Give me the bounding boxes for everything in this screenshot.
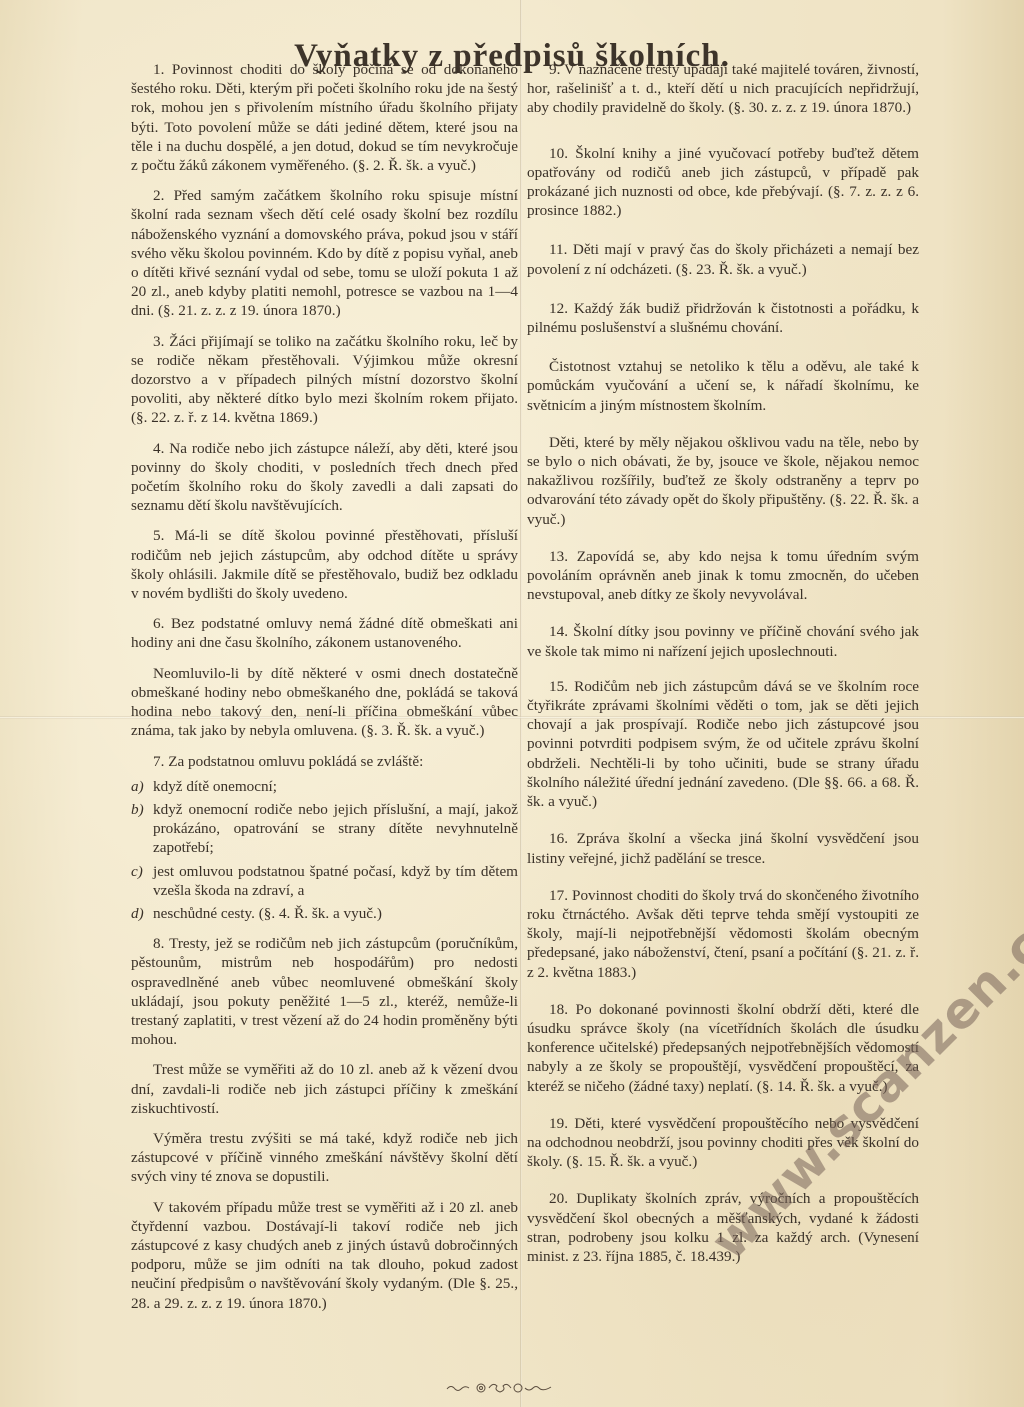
rule-12-deti: Děti, které by měly nějakou ošklivou vad… [527, 433, 919, 529]
rule-7-item-b: b) když onemocní rodiče nebo jejich přís… [131, 800, 518, 858]
rule-9: 9. V naznačené tresty upadají také majit… [527, 60, 919, 118]
rule-6-continuation: Neomluvilo-li by dítě některé v osmi dne… [131, 664, 518, 741]
item-label: a) [131, 777, 153, 796]
item-text: jest omluvou podstatnou špatné počasí, k… [153, 862, 518, 900]
rule-10: 10. Školní knihy a jiné vyučovací potřeb… [527, 144, 919, 221]
rule-7-item-d: d) neschůdné cesty. (§. 4. Ř. šk. a vyuč… [131, 904, 518, 923]
floral-divider-icon [445, 1380, 555, 1396]
rule-8: 8. Tresty, jež se rodičům neb jich zástu… [131, 934, 518, 1049]
item-label: c) [131, 862, 153, 900]
rule-12: 12. Každý žák budiž přidržován k čistotn… [527, 299, 919, 337]
item-text: neschůdné cesty. (§. 4. Ř. šk. a vyuč.) [153, 904, 518, 923]
rule-16: 16. Zpráva školní a všecka jiná školní v… [527, 829, 919, 867]
rule-15: 15. Rodičům neb jich zástupcům dává se v… [527, 677, 919, 811]
left-column: 1. Povinnost choditi do školy počíná se … [131, 60, 518, 1324]
rule-3: 3. Žáci přijímají se toliko na začátku š… [131, 332, 518, 428]
rule-12-cistotnost: Čistotnost vztahuj se netoliko k tělu a … [527, 357, 919, 415]
item-label: b) [131, 800, 153, 858]
item-label: d) [131, 904, 153, 923]
rule-13: 13. Zapovídá se, aby kdo nejsa k tomu úř… [527, 547, 919, 605]
vertical-fold-crease [520, 0, 522, 1407]
rule-7-item-c: c) jest omluvou podstatnou špatné počasí… [131, 862, 518, 900]
rule-8-trest: Trest může se vyměřiti až do 10 zl. aneb… [131, 1060, 518, 1118]
rule-17: 17. Povinnost choditi do školy trvá do s… [527, 886, 919, 982]
rule-1: 1. Povinnost choditi do školy počíná se … [131, 60, 518, 175]
rule-7-item-a: a) když dítě onemocní; [131, 777, 518, 796]
item-text: když onemocní rodiče nebo jejich přísluš… [153, 800, 518, 858]
rule-14: 14. Školní dítky jsou povinny ve příčině… [527, 622, 919, 660]
rule-2: 2. Před samým začátkem školního roku spi… [131, 186, 518, 320]
rule-7: 7. Za podstatnou omluvu pokládá se zvláš… [131, 752, 518, 771]
item-text: když dítě onemocní; [153, 777, 518, 796]
rule-4: 4. Na rodiče nebo jich zástupce náleží, … [131, 439, 518, 516]
rule-8-vymera: Výměra trestu zvýšiti se má také, když r… [131, 1129, 518, 1187]
rule-8-pripad: V takovém případu může trest se vyměřiti… [131, 1198, 518, 1313]
rule-5: 5. Má-li se dítě školou povinné přestěho… [131, 526, 518, 603]
rule-11: 11. Děti mají v pravý čas do školy přich… [527, 240, 919, 278]
rule-6: 6. Bez podstatné omluvy nemá žádné dítě … [131, 614, 518, 652]
